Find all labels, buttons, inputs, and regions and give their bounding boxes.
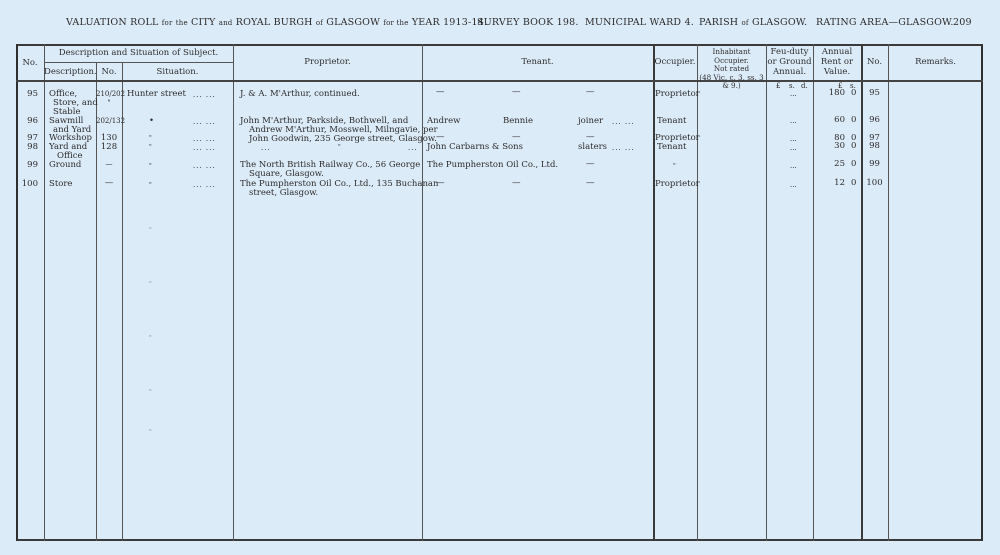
- row-feu: ...: [790, 162, 797, 172]
- unit-feu-pounds: £: [776, 82, 780, 92]
- leader-dots: ...: [261, 144, 271, 154]
- leader-dots: ... ...: [193, 181, 216, 191]
- row-tenant: joiner: [578, 117, 603, 127]
- tenant-dash: —: [512, 179, 521, 189]
- header-no2: No.: [861, 57, 888, 67]
- ditto-mark: ": [96, 99, 122, 109]
- header-situation: Situation.: [122, 67, 233, 77]
- row-rent-pounds: 180: [820, 89, 845, 99]
- tenant-dash: —: [586, 88, 595, 98]
- tenant-dash: —: [512, 88, 521, 98]
- ditto-mark: ": [149, 280, 152, 290]
- ditto-mark: ": [149, 143, 152, 153]
- leader-dots: ... ...: [612, 118, 635, 128]
- header-remarks: Remarks.: [888, 57, 983, 67]
- row-proprietor: street, Glasgow.: [249, 189, 318, 199]
- col-divider: [233, 44, 234, 541]
- title-text: for the: [383, 19, 408, 27]
- row-rent-shillings: 0: [851, 116, 856, 126]
- row-occupier: Tenant: [657, 117, 686, 127]
- leader-dots: ... ...: [612, 144, 635, 154]
- row-no2: 96: [861, 116, 888, 126]
- header-annual-rent: Annual Rent or Value.: [813, 47, 861, 77]
- parish-label: PARISH: [699, 17, 738, 28]
- page-header: VALUATION ROLL for the CITY and ROYAL BU…: [0, 17, 1000, 31]
- title-text: for: [162, 19, 173, 27]
- title-text: the: [176, 19, 188, 27]
- row-rent-shillings: 0: [851, 179, 856, 189]
- leader-dots: ... ...: [193, 144, 216, 154]
- row-rent-pounds: 25: [820, 160, 845, 170]
- tenant-dash: —: [586, 160, 595, 170]
- header-proprietor: Proprietor.: [233, 57, 422, 67]
- header-desc-group: Description and Situation of Subject.: [44, 48, 233, 58]
- ditto-mark: ": [338, 143, 341, 153]
- header-rent-line: Annual: [813, 47, 861, 57]
- row-rent-shillings: 0: [851, 142, 856, 152]
- col-divider: [44, 44, 45, 541]
- col-divider: [813, 44, 814, 541]
- row-no2: 99: [861, 160, 888, 170]
- title-text: GLASGOW: [326, 17, 380, 28]
- ditto-mark: ": [149, 162, 152, 172]
- row-tenant: The Pumpherston Oil Co., Ltd.: [427, 161, 558, 171]
- ditto-mark: ": [149, 226, 152, 236]
- ditto-mark: ": [149, 428, 152, 438]
- row-feu: ...: [790, 181, 797, 191]
- row-tenant: Andrew: [427, 117, 460, 127]
- municipal-ward: MUNICIPAL WARD 4.: [585, 17, 694, 28]
- title-text: ROYAL BURGH: [236, 17, 313, 28]
- leader-dots: ... ...: [193, 91, 216, 101]
- row-no: 99: [16, 161, 38, 171]
- col-divider: [888, 44, 889, 541]
- header-inhabitant: Inhabitant Occupier. Not rated (48 Vic. …: [697, 48, 766, 91]
- page-number: 209: [953, 17, 972, 28]
- tenant-dash: —: [436, 179, 445, 189]
- row-description: Store: [49, 180, 72, 190]
- row-tenant: slaters: [578, 143, 607, 153]
- title-text: of: [316, 19, 323, 27]
- header-inhabitant-line: Inhabitant Occupier.: [697, 48, 766, 65]
- header-desc-no: No.: [96, 67, 122, 77]
- header-occupier: Occupier.: [653, 57, 697, 67]
- parish-name: GLASGOW.: [752, 17, 807, 28]
- ditto-mark: ": [149, 388, 152, 398]
- tenant-dash: —: [586, 179, 595, 189]
- row-situation: Hunter street: [127, 90, 186, 100]
- ditto-mark: ": [149, 181, 152, 191]
- row-occupier: Proprietor: [655, 90, 700, 100]
- ditto-mark: ": [149, 334, 152, 344]
- row-no2: 100: [861, 179, 888, 189]
- row-rent-shillings: 0: [851, 89, 856, 99]
- row-feu: ...: [790, 90, 797, 100]
- col-divider: [422, 44, 423, 541]
- row-feu: ...: [790, 117, 797, 127]
- col-divider: [122, 62, 123, 541]
- header-rent-line: Rent or: [813, 57, 861, 67]
- survey-book: SURVEY BOOK 198.: [477, 17, 579, 28]
- header-no: No.: [16, 58, 44, 68]
- col-divider: [653, 44, 655, 541]
- roll-title: VALUATION ROLL for the CITY and ROYAL BU…: [66, 17, 487, 28]
- row-no: 95: [16, 90, 38, 100]
- tenant-dash: —: [436, 88, 445, 98]
- title-text: VALUATION ROLL: [66, 17, 159, 28]
- rating-area: RATING AREA—GLASGOW.: [816, 17, 954, 28]
- row-rent-shillings: 0: [851, 160, 856, 170]
- header-tenant: Tenant.: [422, 57, 653, 67]
- row-occupier: Proprietor: [655, 180, 700, 190]
- col-divider: [697, 44, 698, 541]
- row-feu: ...: [790, 144, 797, 154]
- unit-feu-pence: d.: [801, 82, 808, 92]
- row-rent-pounds: 30: [820, 142, 845, 152]
- title-text: YEAR 1913-14.: [412, 17, 487, 28]
- header-feu-duty: Feu-duty or Ground Annual.: [766, 47, 813, 77]
- row-tenant: John Carbarns & Sons: [427, 143, 523, 153]
- header-subdivider: [44, 62, 233, 63]
- header-inhabitant-line: (48 Vic. c. 3, ss. 3 & 9.): [697, 74, 766, 91]
- row-proprietor: J. & A. M'Arthur, continued.: [240, 90, 360, 100]
- row-no: 98: [16, 143, 38, 153]
- header-feu-line: Feu-duty: [766, 47, 813, 57]
- row-no: 96: [16, 117, 38, 127]
- row-rent-pounds: 60: [820, 116, 845, 126]
- leader-dots: ...: [408, 144, 418, 154]
- row-tenant: Bennie: [503, 117, 533, 127]
- col-divider: [766, 44, 767, 541]
- header-feu-line: or Ground: [766, 57, 813, 67]
- header-feu-line: Annual.: [766, 67, 813, 77]
- row-desc-no: 202/132: [96, 117, 122, 127]
- title-text: CITY: [191, 17, 215, 28]
- row-description: Ground: [49, 161, 81, 171]
- ditto-mark: ": [673, 162, 676, 172]
- row-no: 100: [16, 180, 38, 190]
- row-no2: 98: [861, 142, 888, 152]
- parish: PARISH of GLASGOW.: [699, 17, 807, 28]
- row-desc-no: —: [96, 179, 122, 189]
- row-rent-pounds: 12: [820, 179, 845, 189]
- row-occupier: Tenant: [657, 143, 686, 153]
- row-no2: 95: [861, 89, 888, 99]
- header-description: Description.: [44, 67, 96, 77]
- parish-of: of: [742, 19, 749, 27]
- header-rent-line: Value.: [813, 67, 861, 77]
- title-text: and: [219, 19, 233, 27]
- leader-dots: ... ...: [193, 162, 216, 172]
- row-desc-no: —: [96, 160, 122, 170]
- row-situation: •: [149, 117, 154, 127]
- row-desc-no: 128: [96, 143, 122, 153]
- leader-dots: ... ...: [193, 118, 216, 128]
